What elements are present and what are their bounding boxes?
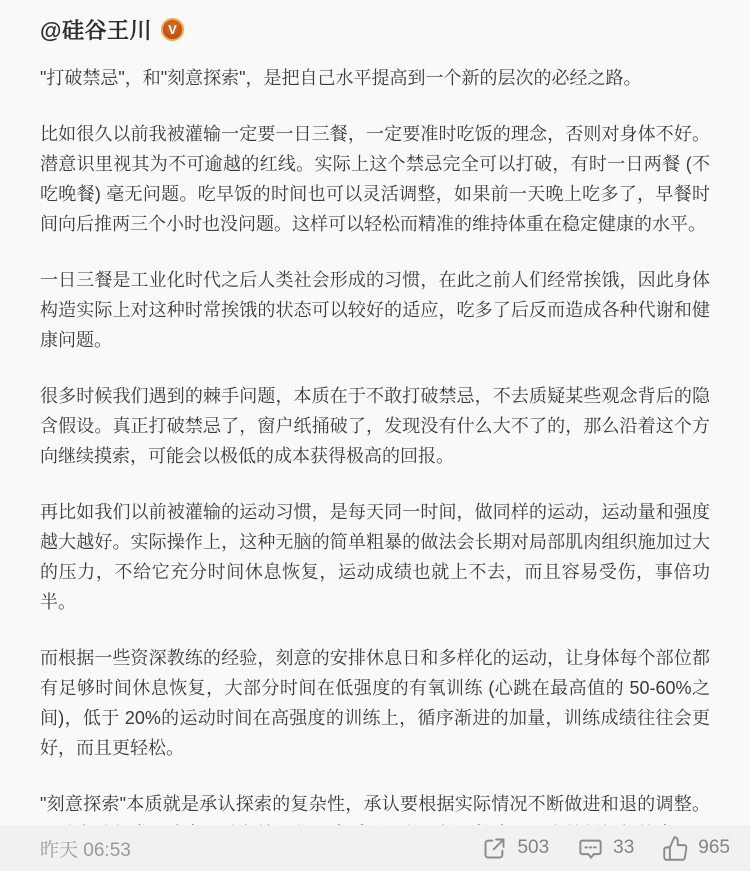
comment-icon (577, 835, 604, 862)
author-name[interactable]: @硅谷王川 (40, 14, 152, 45)
action-bar: 503 33 96 (481, 835, 730, 862)
post-timestamp: 昨天 06:53 (40, 835, 131, 862)
like-button[interactable]: 965 (662, 835, 730, 862)
comment-count: 33 (613, 837, 634, 859)
post-body: "打破禁忌"，和"刻意探索"，是把自己水平提高到一个新的层次的必经之路。 比如很… (40, 63, 710, 871)
thumbs-up-icon (662, 835, 689, 862)
post-footer: 昨天 06:53 503 (0, 825, 750, 871)
post-paragraph: 很多时候我们遇到的棘手问题，本质在于不敢打破禁忌，不去质疑某些观念背后的隐含假设… (40, 381, 710, 471)
like-count: 965 (698, 837, 730, 859)
post-paragraph: 比如很久以前我被灌输一定要一日三餐，一定要准时吃饭的理念，否则对身体不好。潜意识… (40, 119, 710, 239)
post-content: @硅谷王川 V "打破禁忌"，和"刻意探索"，是把自己水平提高到一个新的层次的必… (0, 0, 750, 871)
share-icon (481, 835, 508, 862)
verified-badge-icon: V (161, 18, 184, 41)
post-paragraph: "打破禁忌"，和"刻意探索"，是把自己水平提高到一个新的层次的必经之路。 (40, 63, 710, 93)
share-count: 503 (517, 837, 549, 859)
post-paragraph: 再比如我们以前被灌输的运动习惯，是每天同一时间，做同样的运动，运动量和强度越大越… (40, 497, 710, 617)
comment-button[interactable]: 33 (577, 835, 634, 862)
weibo-post: @硅谷王川 V "打破禁忌"，和"刻意探索"，是把自己水平提高到一个新的层次的必… (0, 0, 750, 871)
share-button[interactable]: 503 (481, 835, 549, 862)
post-paragraph: 而根据一些资深教练的经验，刻意的安排休息日和多样化的运动，让身体每个部位都有足够… (40, 643, 710, 763)
post-paragraph: 一日三餐是工业化时代之后人类社会形成的习惯，在此之前人们经常挨饿，因此身体构造实… (40, 265, 710, 355)
post-author[interactable]: @硅谷王川 V (40, 14, 710, 45)
